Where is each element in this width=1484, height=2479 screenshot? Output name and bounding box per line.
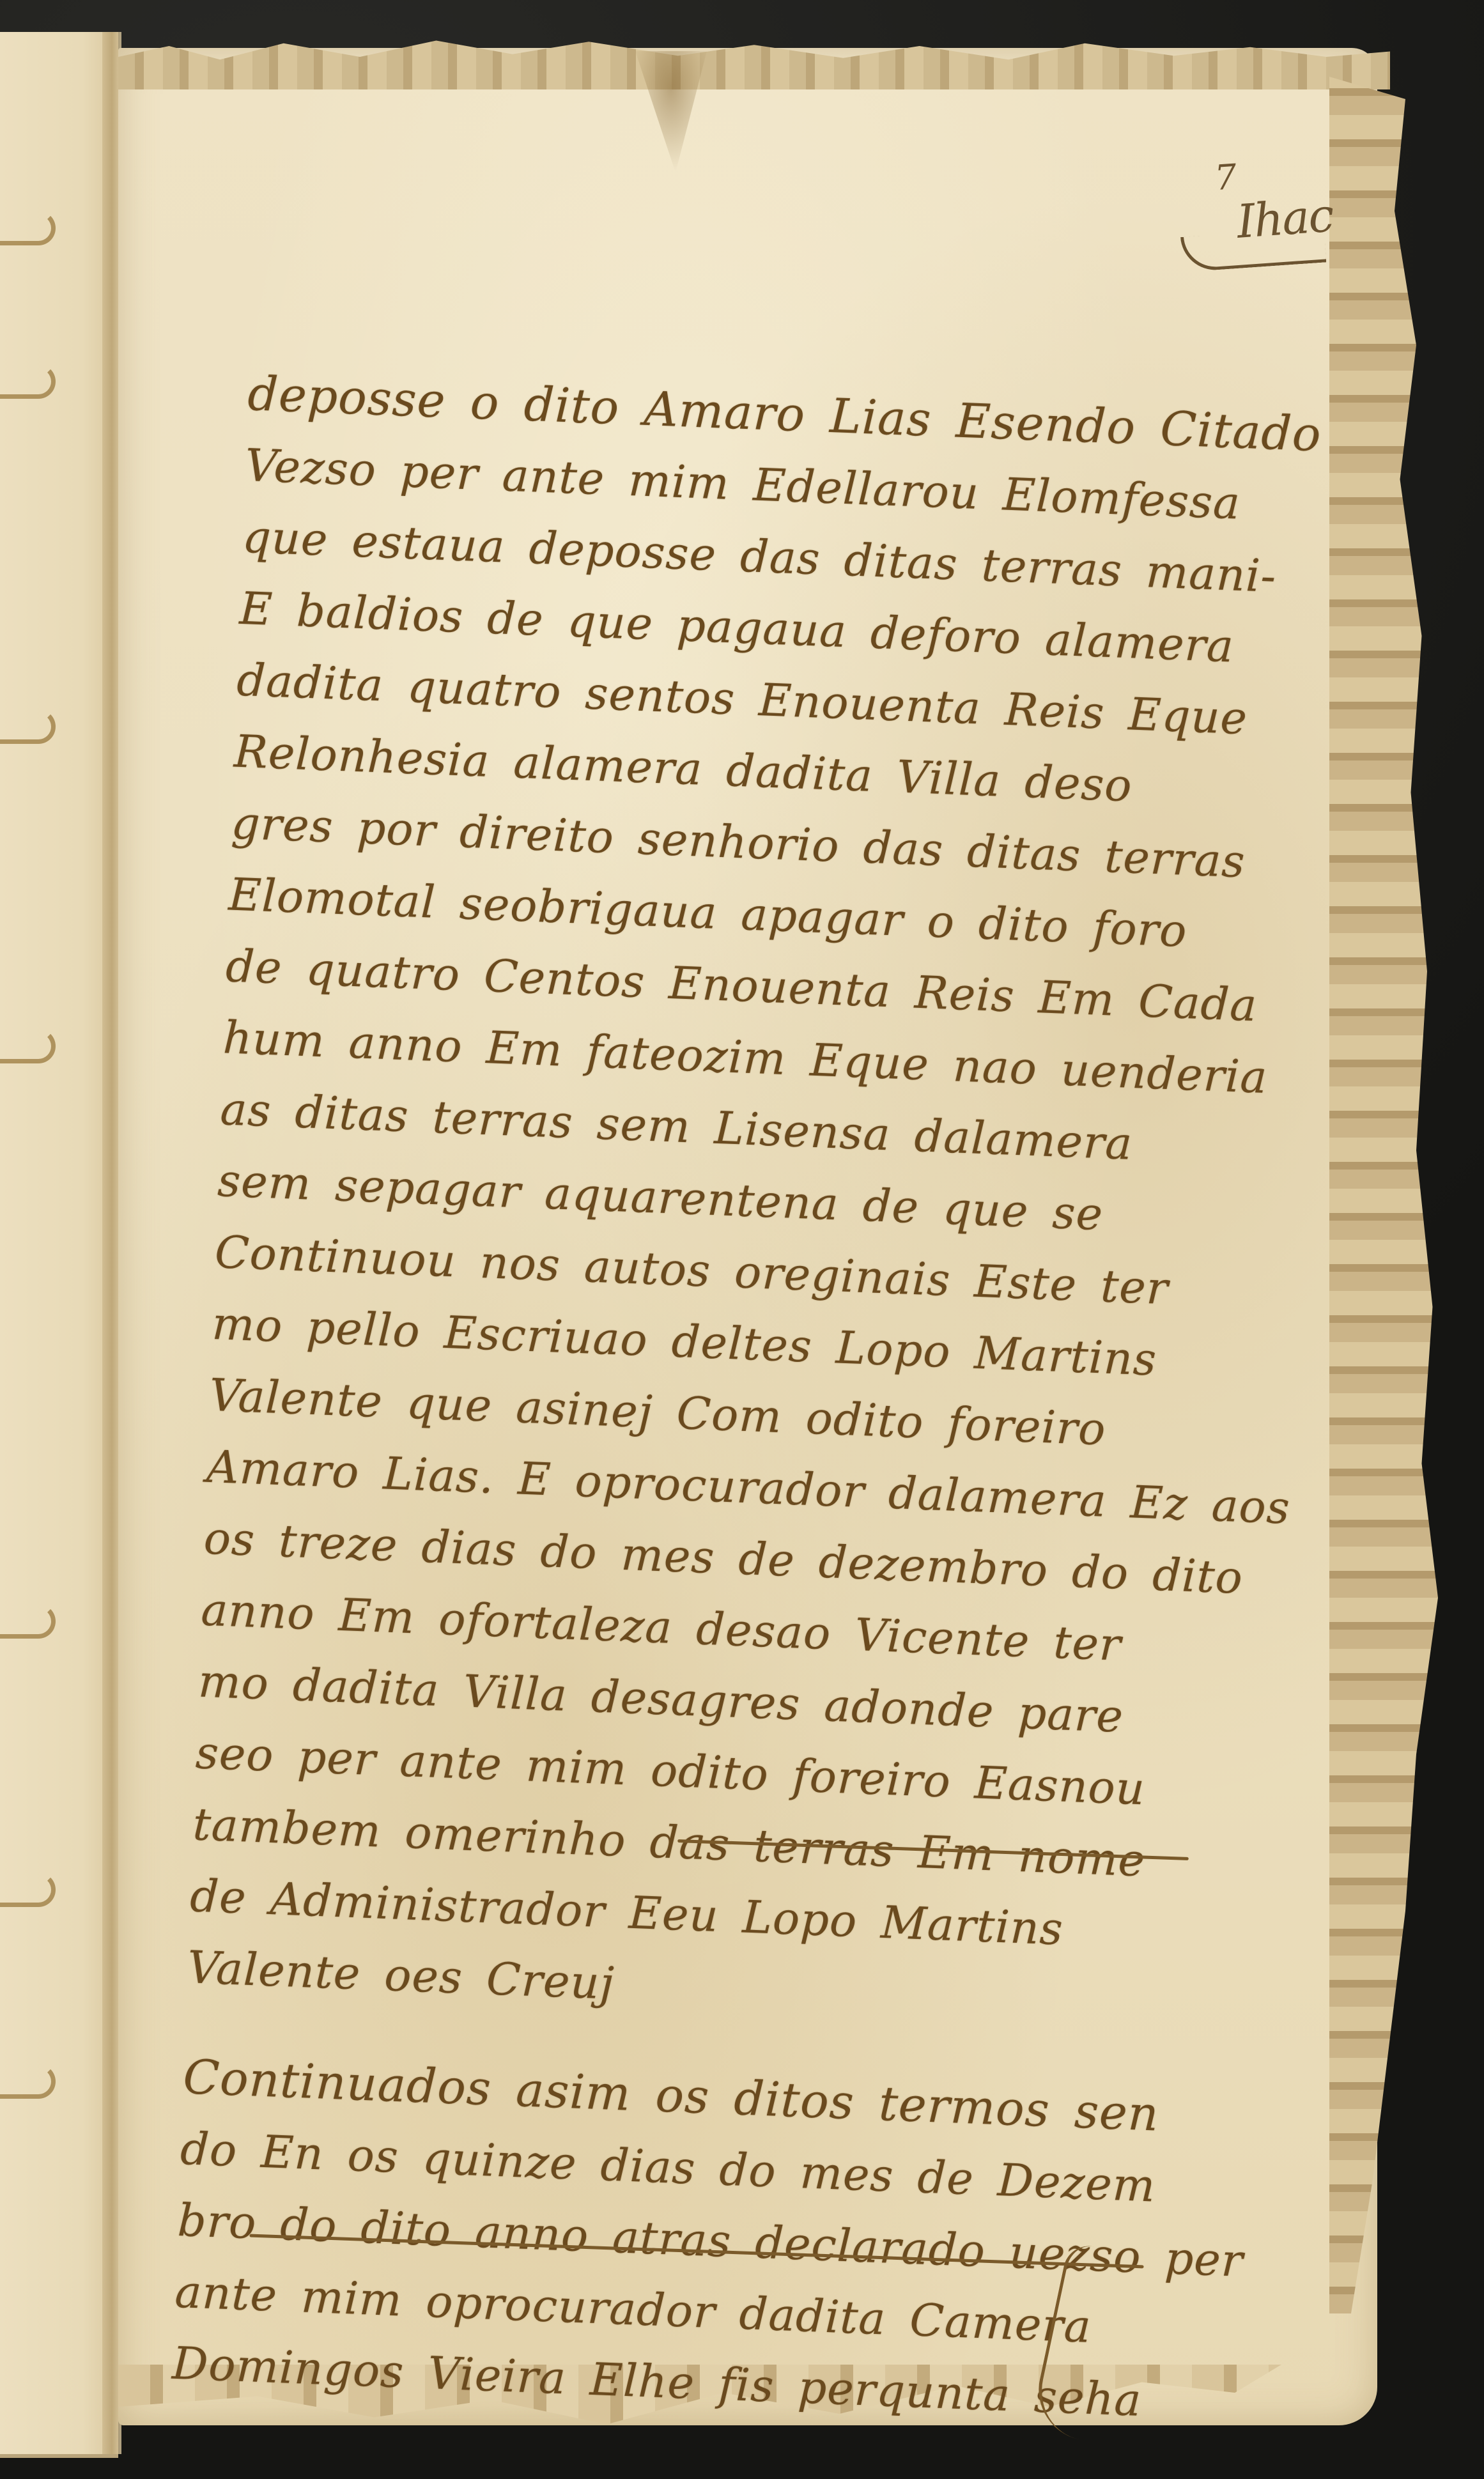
ink-bleed-stroke [0,211,56,245]
folio-number: 7 [1214,157,1239,198]
ink-bleed-stroke [0,1029,56,1063]
manuscript-text: deposse o dito Amaro Lias Esendo Citado … [171,358,1309,2439]
ink-bleed-stroke [0,709,56,744]
ink-bleed-stroke [0,1873,56,1907]
ink-bleed-stroke [0,364,56,399]
ink-bleed-stroke [0,2064,56,2099]
ink-bleed-stroke [0,1604,56,1639]
verso-page-edge [0,32,118,2458]
